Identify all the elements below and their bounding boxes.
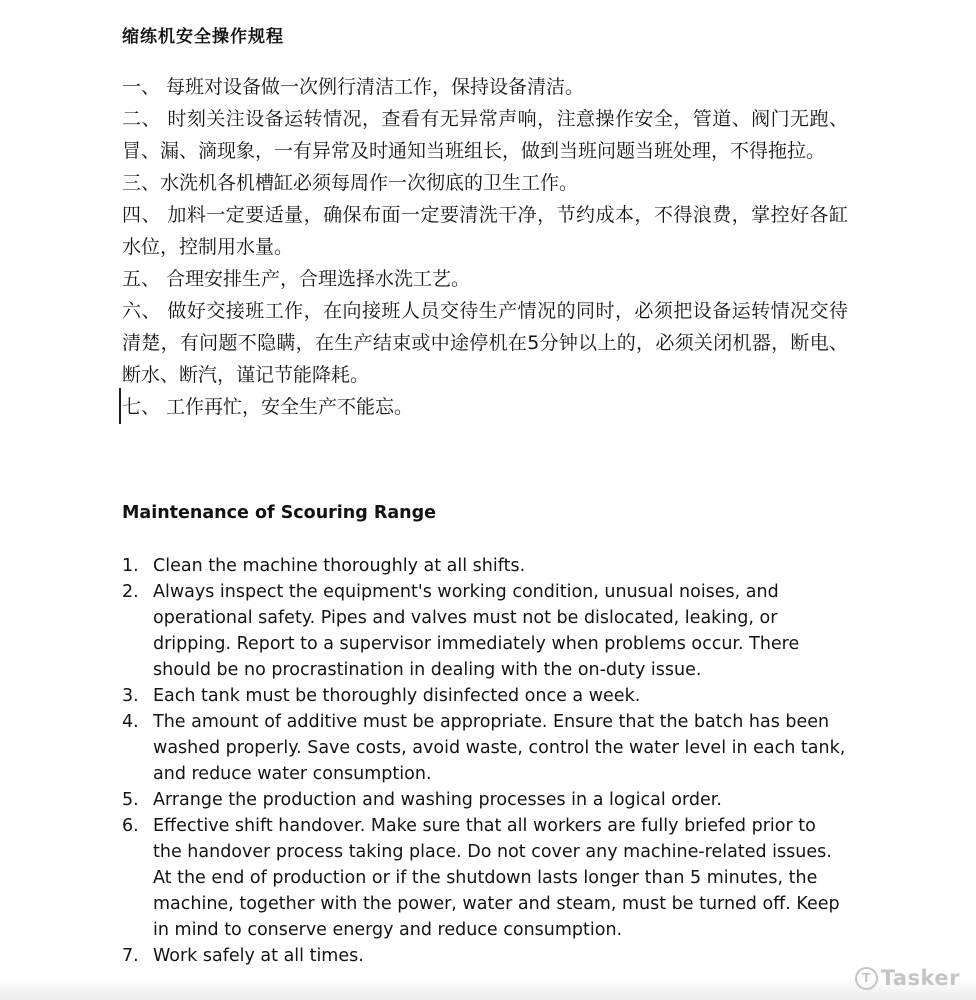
tasker-watermark-label: Tasker (881, 966, 960, 990)
chinese-item-2[interactable]: 二、 时刻关注设备运转情况，查看有无异常声响，注意操作安全，管道、阀门无跑、冒、… (122, 103, 848, 167)
page-bottom-edge (0, 978, 976, 1000)
english-item-7[interactable]: Work safely at all times. (122, 943, 848, 969)
tasker-logo-icon: T (855, 967, 878, 990)
document-page[interactable]: 缩练机安全操作规程 一、 每班对设备做一次例行清洁工作，保持设备清洁。 二、 时… (0, 0, 976, 1000)
chinese-item-7[interactable]: 七、 工作再忙，安全生产不能忘。 (122, 391, 848, 423)
chinese-item-6[interactable]: 六、 做好交接班工作，在向接班人员交待生产情况的同时，必须把设备运转情况交待清楚… (122, 295, 848, 391)
english-numbered-list: Clean the machine thoroughly at all shif… (122, 553, 848, 969)
text-cursor (119, 388, 121, 424)
english-item-3[interactable]: Each tank must be thoroughly disinfected… (122, 683, 848, 709)
chinese-item-5[interactable]: 五、 合理安排生产，合理选择水洗工艺。 (122, 263, 848, 295)
chinese-item-1[interactable]: 一、 每班对设备做一次例行清洁工作，保持设备清洁。 (122, 71, 848, 103)
chinese-item-4[interactable]: 四、 加料一定要适量，确保布面一定要清洗干净，节约成本，不得浪费，掌控好各缸水位… (122, 199, 848, 263)
english-item-2[interactable]: Always inspect the equipment's working c… (122, 579, 848, 683)
english-item-4[interactable]: The amount of additive must be appropria… (122, 709, 848, 787)
chinese-section-body: 一、 每班对设备做一次例行清洁工作，保持设备清洁。 二、 时刻关注设备运转情况，… (122, 71, 848, 423)
english-section-title[interactable]: Maintenance of Scouring Range (122, 503, 436, 523)
tasker-watermark: T Tasker (855, 966, 960, 990)
chinese-section-title[interactable]: 缩练机安全操作规程 (122, 22, 284, 47)
english-item-5[interactable]: Arrange the production and washing proce… (122, 787, 848, 813)
english-item-1[interactable]: Clean the machine thoroughly at all shif… (122, 553, 848, 579)
english-item-6[interactable]: Effective shift handover. Make sure that… (122, 813, 848, 943)
chinese-item-3[interactable]: 三、水洗机各机槽缸必须每周作一次彻底的卫生工作。 (122, 167, 848, 199)
chinese-item-7-text: 七、 工作再忙，安全生产不能忘。 (122, 396, 413, 418)
